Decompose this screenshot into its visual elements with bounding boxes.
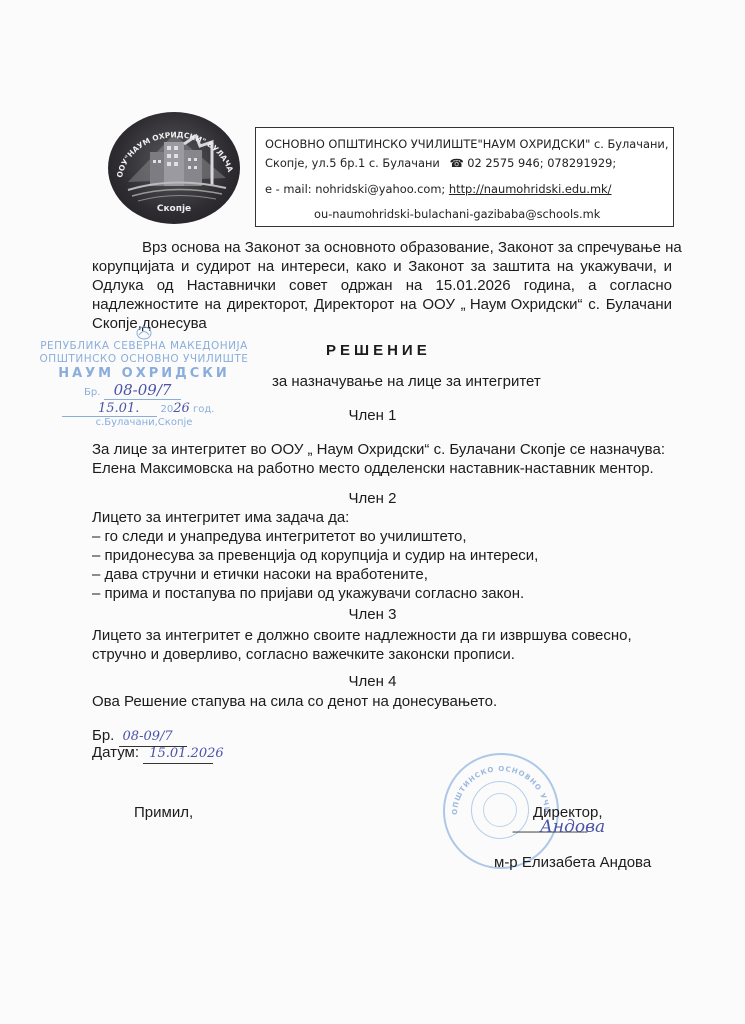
logo-city: Скопје [108,204,240,214]
task-item: – придонесува за превенција од корупција… [92,546,538,565]
stamp-school-name: НАУМ ОХРИДСКИ [34,366,254,382]
website-link[interactable]: http://naumohridski.edu.mk/ [449,182,612,196]
decision-title: РЕШЕНИЕ [326,342,431,359]
intro-paragraph: Врз основа на Законот за основното образ… [92,238,672,333]
decision-subtitle: за назначување на лице за интегритет [272,373,541,390]
article-4-body: Ова Решение стапува на сила со денот на … [92,692,497,711]
date-label: Датум: [92,744,139,761]
intro-line-1: Врз основа на Законот за основното образ… [92,238,672,257]
stamp-line-1: РЕПУБЛИКА СЕВЕРНА МАКЕДОНИЈА [34,340,254,353]
coat-of-arms-icon [136,326,152,340]
phone-numbers: 02 2575 946; 078291929; [467,156,616,170]
stamp-number-value: 08-09/7 [104,381,182,400]
received-label: Примил, [134,803,193,822]
phone-icon: ☎ [449,156,463,170]
stamp-number-row: Бр. 08-09/7 [34,382,254,401]
address-line: Скопје, ул.5 бр.1 с. Булачани ☎ 02 2575 … [265,156,616,170]
intro-line-3: ОдлукаодНаставничкисоветодржанна15.01.20… [92,276,672,295]
article-1-body: За лице за интегритет во ООУ „ Наум Охри… [92,440,665,478]
email-text: e - mail: nohridski@yahoo.com; [265,182,445,196]
article-2-heading: Член 2 [0,490,745,507]
school-name-line: ОСНОВНО ОПШТИНСКО УЧИЛИШТЕ"НАУМ ОХРИДСКИ… [265,137,668,151]
director-signature: Андова [540,817,605,837]
school-logo: ООУ"НАУМ ОХРИДСКИ" БУЛАЧАНИ ГАЗИБАБА Ско… [108,112,240,224]
article-4-heading: Член 4 [0,673,745,690]
task-item: – го следи и унапредува интегритетот во … [92,527,538,546]
task-item: – прима и постапува по пријави од укажув… [92,584,538,603]
number-label: Бр. [92,727,114,744]
footer-date: Датум: 15.01.2026 [92,743,213,764]
article-3-heading: Член 3 [0,606,745,623]
intro-line-4: надлежноститенадиректорот,ДиректоротнаОО… [92,295,672,314]
intro-line-2: корупцијатаисудиротнаинтереси,какоиЗакон… [92,257,672,276]
director-name: м-р Елизабета Андова [494,853,651,872]
date-value: 15.01.2026 [143,744,213,764]
task-item: – дава стручни и етички насоки на вработ… [92,565,538,584]
address: Скопје, ул.5 бр.1 с. Булачани [265,156,440,170]
article-3-body: Лицето за интегритет е должно своите над… [92,626,632,664]
contact-line: e - mail: nohridski@yahoo.com; http://na… [265,182,612,196]
school-email[interactable]: ou-naumohridski-bulachani-gazibaba@schoo… [314,207,600,221]
letterhead-info-box: ОСНОВНО ОПШТИНСКО УЧИЛИШТЕ"НАУМ ОХРИДСКИ… [255,127,674,227]
stamp-line-2: ОПШТИНСКО ОСНОВНО УЧИЛИШТЕ [34,353,254,366]
article-2-body: Лицето за интегритет има задача да: – го… [92,508,538,603]
article-1-heading: Член 1 [0,407,745,424]
